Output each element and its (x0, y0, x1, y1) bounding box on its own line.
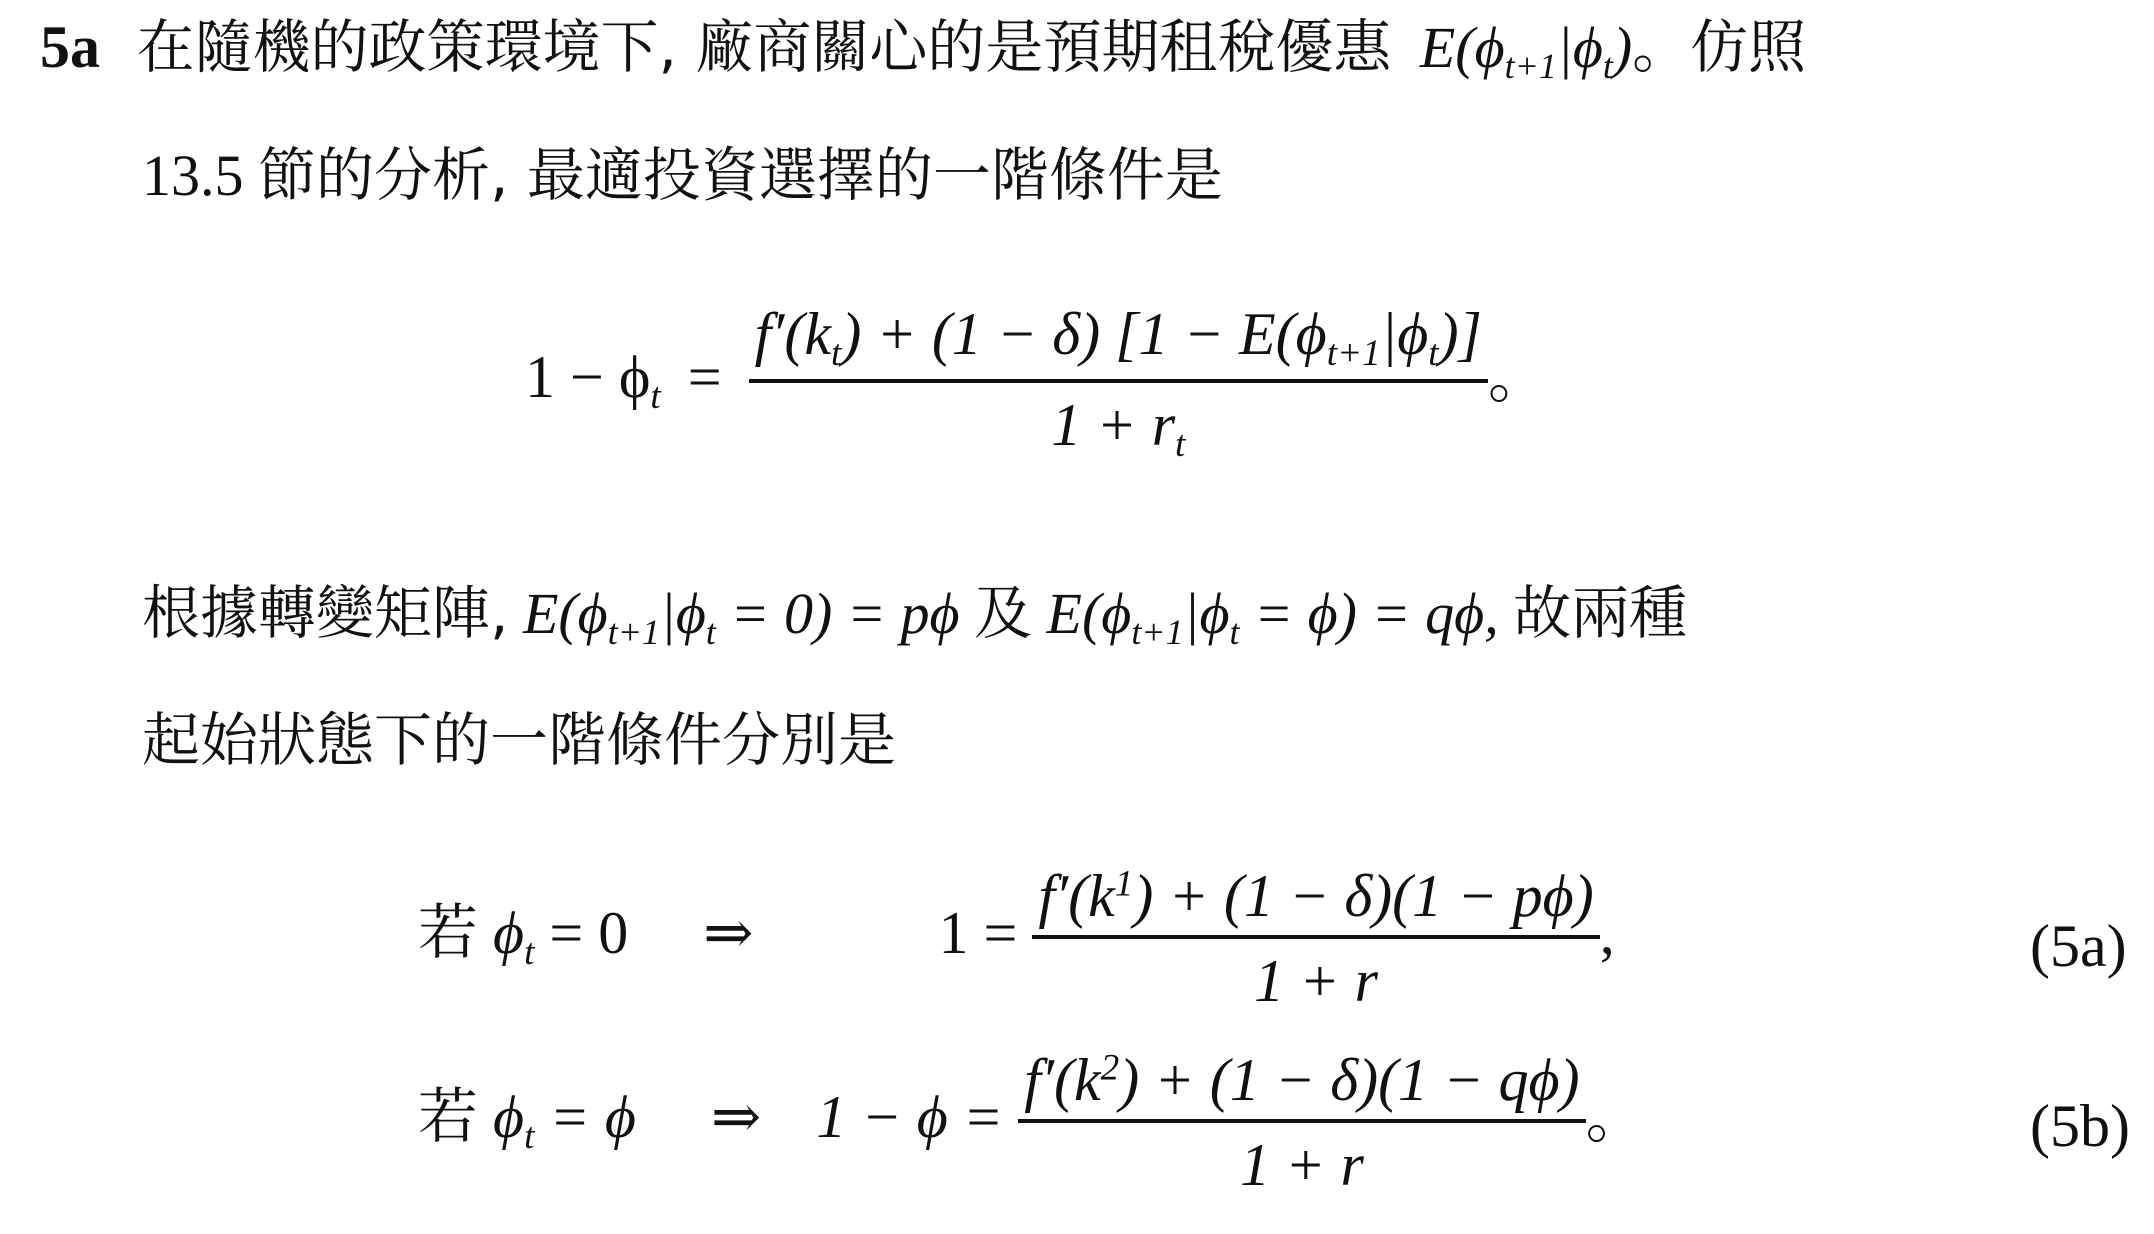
eq-5b-numerator: f′(k2) + (1 − δ)(1 − qϕ) (1018, 1046, 1585, 1119)
condition-word: 若 (418, 1082, 478, 1152)
main-eq-lhs: 1 − ϕt (525, 344, 661, 410)
eq-5b-lhs: 1 − ϕ = (816, 1084, 1003, 1150)
eq-5b-fraction: f′(k2) + (1 − δ)(1 − qϕ) 1 + r (1018, 1046, 1585, 1200)
expected-tax-math: E(ϕt+1|ϕt) (1420, 15, 1632, 80)
eq-5a-tail: , (1600, 900, 1615, 966)
condition-rhs: = ϕ (549, 1084, 636, 1150)
condition-word: 若 (418, 898, 478, 968)
problem-intro-tail: 。仿照 (1632, 13, 1806, 81)
paragraph-2-line-1: 根據轉變矩陣, E(ϕt+1|ϕt = 0) = pϕ 及 E(ϕt+1|ϕt … (142, 578, 1687, 667)
main-eq-tail: 。 (1488, 342, 1548, 412)
conjunction-text: 及 (974, 579, 1032, 647)
main-eq-denominator: 1 + rt (1051, 383, 1185, 466)
main-eq-numerator: f′(kt) + (1 − δ) [1 − E(ϕt+1|ϕt)] (749, 300, 1488, 379)
main-eq-fraction: f′(kt) + (1 − δ) [1 − E(ϕt+1|ϕt)] 1 + rt (749, 300, 1488, 466)
eq-5a-numerator: f′(k1) + (1 − δ)(1 − pϕ) (1032, 862, 1599, 935)
equation-number-5b: (5b) (2030, 1092, 2130, 1161)
condition-var: ϕt (493, 900, 534, 966)
equation-number-5a: (5a) (2030, 912, 2127, 981)
transition-matrix-text: 根據轉變矩陣, (142, 579, 508, 647)
equation-5b: 若 ϕt = ϕ ⇒ 1 − ϕ = f′(k2) + (1 − δ)(1 − … (418, 1046, 1646, 1200)
equation-5a: 若 ϕt = 0 ⇒ 1 = f′(k1) + (1 − δ)(1 − pϕ) … (418, 862, 1615, 1016)
problem-line-2: 13.5 節的分析, 最適投資選擇的一階條件是 (142, 140, 1223, 211)
condition-rhs: = 0 (549, 900, 628, 966)
implies-symbol: ⇒ (711, 1084, 761, 1150)
eq-5a-fraction: f′(k1) + (1 − δ)(1 − pϕ) 1 + r (1032, 862, 1599, 1016)
problem-label: 5a (40, 14, 100, 80)
main-eq-equals: = (688, 344, 722, 410)
paragraph-2-tail: 故兩種 (1513, 579, 1687, 647)
eq-5a-denominator: 1 + r (1254, 939, 1378, 1016)
condition-var: ϕt (493, 1084, 534, 1150)
paragraph-2-line-2: 起始狀態下的一階條件分別是 (142, 705, 896, 776)
problem-intro-text: 在隨機的政策環境下, 廠商關心的是預期租稅優惠 (137, 13, 1392, 81)
section-number: 13.5 (142, 143, 244, 208)
paragraph-2-line-2-text: 起始狀態下的一階條件分別是 (142, 706, 896, 774)
problem-line-1: 5a 在隨機的政策環境下, 廠商關心的是預期租稅優惠 E(ϕt+1|ϕt)。仿照 (40, 12, 1806, 101)
eq-5b-tail: 。 (1586, 1082, 1646, 1152)
expectation-case-0: E(ϕt+1|ϕt = 0) = pϕ (523, 581, 960, 646)
expectation-case-phi: E(ϕt+1|ϕt = ϕ) = qϕ, (1047, 581, 1499, 646)
eq-5a-lhs: 1 = (939, 900, 1018, 966)
main-equation: 1 − ϕt = f′(kt) + (1 − δ) [1 − E(ϕt+1|ϕt… (525, 300, 1548, 466)
problem-line-2-text: 節的分析, 最適投資選擇的一階條件是 (258, 141, 1223, 209)
implies-symbol: ⇒ (703, 900, 753, 966)
eq-5b-denominator: 1 + r (1240, 1123, 1364, 1200)
